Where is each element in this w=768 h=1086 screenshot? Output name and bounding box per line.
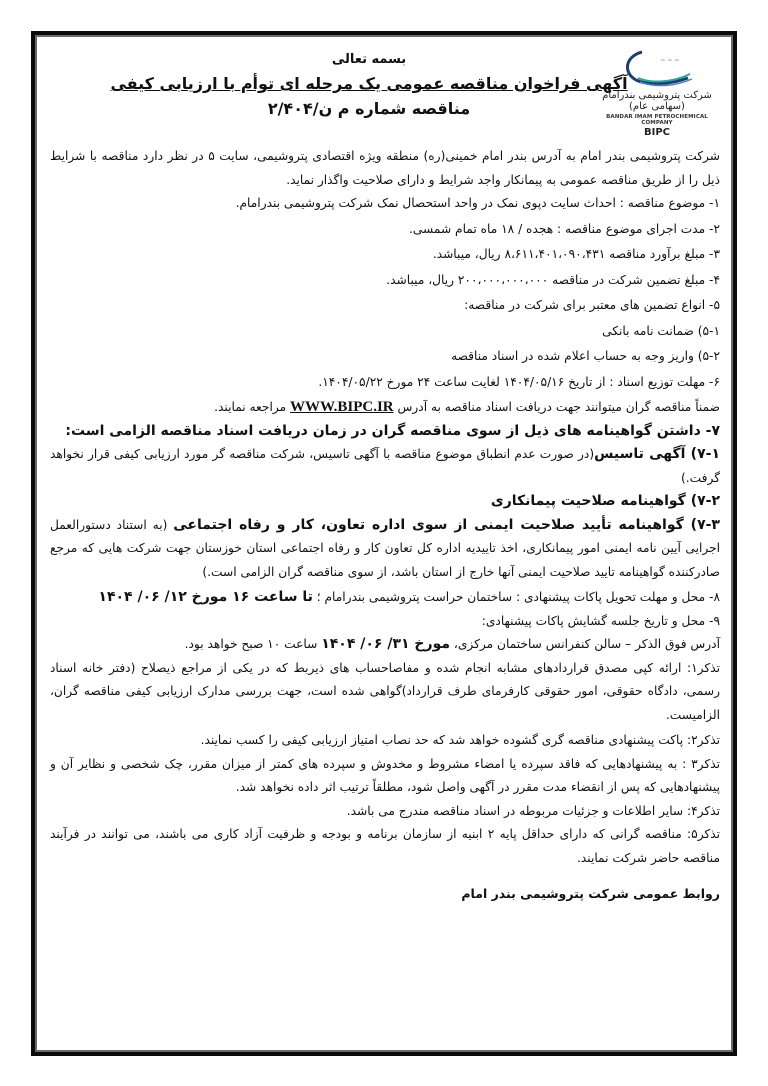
opening-date: مورخ ۳۱/ ۰۶/ ۱۴۰۴ [321, 636, 450, 652]
item-opening-session: ۹- محل و تاریخ جلسه گشایش پاکات پیشنهادی… [50, 610, 720, 634]
certificate-safety-label: ۷-۳) گواهینامه تأیید صلاحیت ایمنی از سوی… [173, 517, 720, 533]
item-certificate-registration: ۷-۱) آگهی تاسیس(در صورت عدم انطباق موضوع… [50, 443, 720, 490]
item-guarantee-amount: ۴- مبلغ تضمین شرکت در مناقصه ۲۰۰،۰۰۰،۰۰۰… [50, 269, 720, 293]
item-opening-details: آدرس فوق الذکر – سالن کنفرانس ساختمان مر… [50, 633, 720, 657]
document-body: شرکت پتروشیمی بندر امام به آدرس بندر اما… [38, 145, 730, 906]
item-document-distribution: ۶- مهلت توزیع اسناد : از تاریخ ۱۴۰۴/۰۵/۱… [50, 371, 720, 395]
item-delivery-deadline: ۸- محل و مهلت تحویل پاکات پیشنهادی : ساخ… [50, 586, 720, 610]
website-link[interactable]: WWW.BIPC.IR [290, 399, 394, 415]
document-titles: بسمه تعالی آگهی فراخوان مناقصه عمومی یک … [38, 52, 730, 118]
delivery-location: ۸- محل و مهلت تحویل پاکات پیشنهادی : ساخ… [313, 590, 720, 604]
opening-location: آدرس فوق الذکر – سالن کنفرانس ساختمان مر… [450, 637, 720, 651]
opening-time: ساعت ۱۰ صبح خواهد بود. [185, 637, 322, 651]
logo-abbreviation: BIPC [592, 127, 722, 138]
item-guarantee-types: ۵- انواع تضمین های معتبر برای شرکت در من… [50, 294, 720, 318]
item-download-note: ضمناً مناقصه گران میتوانند جهت دریافت اس… [50, 396, 720, 420]
document-header: ~ ~ ~ شرکت پتروشیمی بندرامام (سهامی عام)… [38, 40, 730, 145]
tender-notice-document: ~ ~ ~ شرکت پتروشیمی بندرامام (سهامی عام)… [38, 40, 730, 906]
item-certificate-contractor: ۷-۲) گواهینامه صلاحیت پیمانکاری [50, 490, 720, 514]
note-5: تذکر۵: مناقصه گرانی که دارای حداقل پایه … [50, 823, 720, 870]
tender-number: مناقصه شماره م ن/۲/۴۰۴ [38, 99, 700, 118]
certificate-registration-label: ۷-۱) آگهی تاسیس [594, 446, 720, 462]
page-title: آگهی فراخوان مناقصه عمومی یک مرحله ای تو… [38, 74, 700, 93]
download-note-post: مراجعه نمایند. [214, 400, 290, 414]
bismillah-heading: بسمه تعالی [38, 52, 700, 67]
note-3: تذکر۳ : به پیشنهادهایی که فاقد سپرده یا … [50, 753, 720, 800]
download-note-pre: ضمناً مناقصه گران میتوانند جهت دریافت اس… [394, 400, 720, 414]
item-subject: ۱- موضوع مناقصه : احداث سایت دپوی نمک در… [50, 192, 720, 216]
item-estimate: ۳- مبلغ برآورد مناقصه ۸،۶۱۱،۴۰۱،۰۹۰،۴۳۱ … [50, 243, 720, 267]
item-bank-guarantee: ۵-۱) ضمانت نامه بانکی [50, 320, 720, 344]
signature: روابط عمومی شرکت پتروشیمی بندر امام [50, 882, 720, 906]
item-certificates-heading: ۷- داشتن گواهینامه های ذیل از سوی مناقصه… [50, 420, 720, 444]
item-cash-deposit: ۵-۲) واریز وجه به حساب اعلام شده در اسنا… [50, 345, 720, 369]
note-2: تذکر۲: پاکت پیشنهادی مناقصه گری گشوده خو… [50, 729, 720, 753]
item-certificate-safety: ۷-۳) گواهینامه تأیید صلاحیت ایمنی از سوی… [50, 514, 720, 585]
note-1: تذکر۱: ارائه کپی مصدق قراردادهای مشابه ا… [50, 657, 720, 728]
item-duration: ۲- مدت اجرای موضوع مناقصه : هجده / ۱۸ ما… [50, 218, 720, 242]
delivery-deadline: تا ساعت ۱۶ مورخ ۱۲/ ۰۶/ ۱۴۰۴ [98, 589, 312, 605]
intro-paragraph: شرکت پتروشیمی بندر امام به آدرس بندر اما… [50, 145, 720, 192]
note-4: تذکر۴: سایر اطلاعات و جزئیات مربوطه در ا… [50, 800, 720, 824]
